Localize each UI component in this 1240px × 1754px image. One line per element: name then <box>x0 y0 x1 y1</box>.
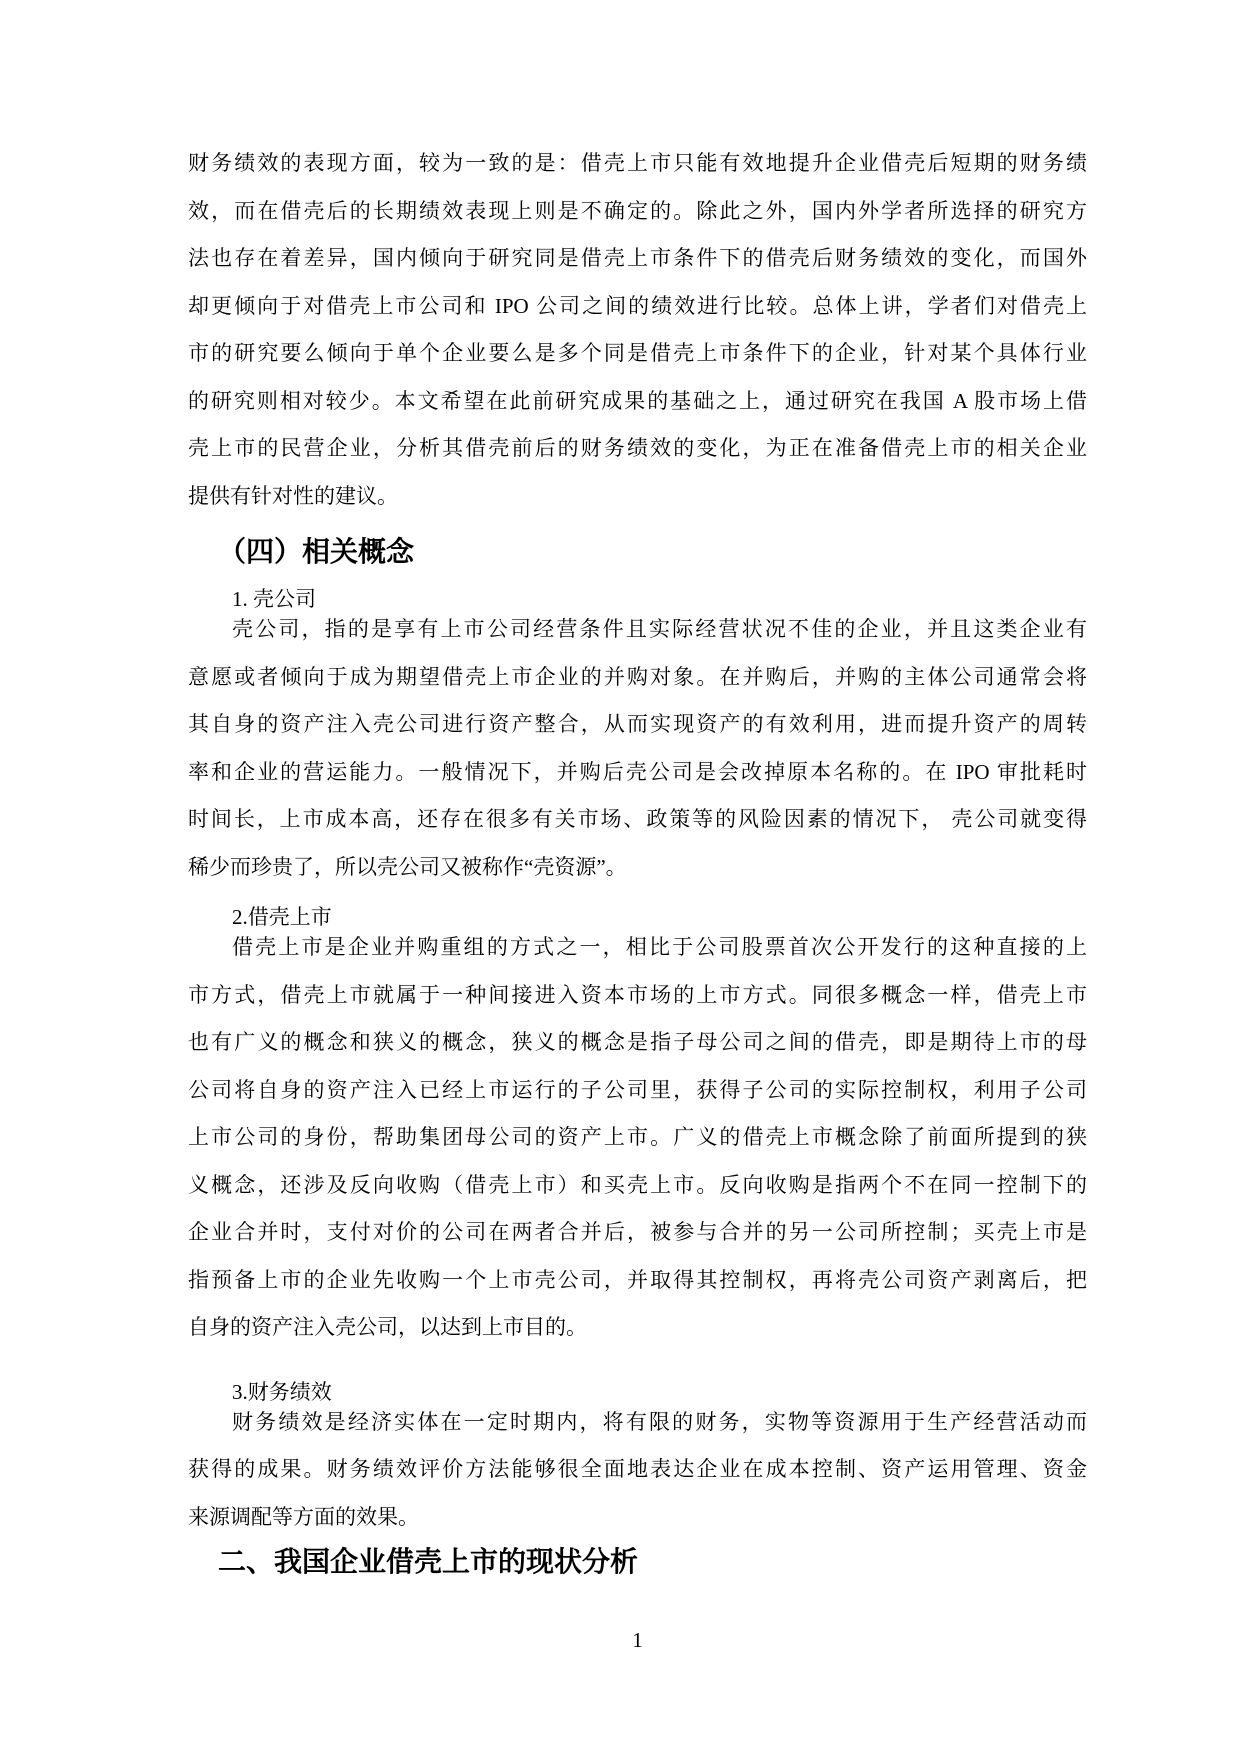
page-number: 1 <box>188 1629 1087 1651</box>
text-line: 提供有针对性的建议。 <box>188 473 1087 521</box>
text-line: 获得的成果。财务绩效评价方法能够很全面地表达企业在成本控制、资产运用管理、资金 <box>188 1446 1087 1494</box>
text-line: 稀少而珍贵了，所以壳公司又被称作“壳资源”。 <box>188 844 1087 892</box>
text-line: 意愿或者倾向于成为期望借壳上市企业的并购对象。在并购后，并购的主体公司通常会将 <box>188 654 1087 702</box>
section-heading-related-concepts: （四）相关概念 <box>218 533 1087 573</box>
text-line: 率和企业的营运能力。一般情况下，并购后壳公司是会改掉原本名称的。在 IPO 审批… <box>188 749 1087 797</box>
section-heading-status-analysis: 二、我国企业借壳上市的现状分析 <box>218 1543 1087 1583</box>
text-line: 也有广义的概念和狭义的概念，狭义的概念是指子母公司之间的借壳，即是期待上市的母 <box>188 1019 1087 1067</box>
text-line: 市的研究要么倾向于单个企业要么是多个同是借壳上市条件下的企业，针对某个具体行业 <box>188 330 1087 378</box>
text-line: 法也存在着差异，国内倾向于研究同是借壳上市条件下的借壳后财务绩效的变化，而国外 <box>188 235 1087 283</box>
concept-item-shell-company: 1. 壳公司 壳公司，指的是享有上市公司经营条件且实际经营状况不佳的企业，并且这… <box>188 589 1087 891</box>
text-line: 财务绩效是经济实体在一定时期内，将有限的财务，实物等资源用于生产经营活动而 <box>188 1399 1087 1447</box>
text-line: 的研究则相对较少。本文希望在此前研究成果的基础之上，通过研究在我国 A 股市场上… <box>188 378 1087 426</box>
text-line: 借壳上市是企业并购重组的方式之一，相比于公司股票首次公开发行的这种直接的上 <box>188 924 1087 972</box>
text-line: 来源调配等方面的效果。 <box>188 1494 1087 1542</box>
intro-paragraph: 财务绩效的表现方面，较为一致的是：借壳上市只能有效地提升企业借壳后短期的财务绩效… <box>188 140 1087 520</box>
text-line: 自身的资产注入壳公司，以达到上市目的。 <box>188 1304 1087 1352</box>
text-line: 市方式，借壳上市就属于一种间接进入资本市场的上市方式。同很多概念一样，借壳上市 <box>188 972 1087 1020</box>
text-line: 壳上市的民营企业，分析其借壳前后的财务绩效的变化，为正在准备借壳上市的相关企业 <box>188 425 1087 473</box>
paragraph-financial-performance: 财务绩效是经济实体在一定时期内，将有限的财务，实物等资源用于生产经营活动而获得的… <box>188 1399 1087 1542</box>
text-line: 其自身的资产注入壳公司进行资产整合，从而实现资产的有效利用，进而提升资产的周转 <box>188 701 1087 749</box>
text-line: 壳公司，指的是享有上市公司经营条件且实际经营状况不佳的企业，并且这类企业有 <box>188 606 1087 654</box>
text-line: 指预备上市的企业先收购一个上市壳公司，并取得其控制权，再将壳公司资产剥离后，把 <box>188 1257 1087 1305</box>
text-line: 财务绩效的表现方面，较为一致的是：借壳上市只能有效地提升企业借壳后短期的财务绩 <box>188 140 1087 188</box>
concept-item-backdoor-listing: 2.借壳上市 借壳上市是企业并购重组的方式之一，相比于公司股票首次公开发行的这种… <box>188 907 1087 1352</box>
text-line: 却更倾向于对借壳上市公司和 IPO 公司之间的绩效进行比较。总体上讲，学者们对借… <box>188 283 1087 331</box>
text-line: 时间长，上市成本高，还存在很多有关市场、政策等的风险因素的情况下， 壳公司就变得 <box>188 796 1087 844</box>
text-line: 上市公司的身份，帮助集团母公司的资产上市。广义的借壳上市概念除了前面所提到的狭 <box>188 1114 1087 1162</box>
paragraph-shell-company: 壳公司，指的是享有上市公司经营条件且实际经营状况不佳的企业，并且这类企业有意愿或… <box>188 606 1087 891</box>
text-line: 公司将自身的资产注入已经上市运行的子公司里，获得子公司的实际控制权，利用子公司 <box>188 1067 1087 1115</box>
paragraph-backdoor-listing: 借壳上市是企业并购重组的方式之一，相比于公司股票首次公开发行的这种直接的上市方式… <box>188 924 1087 1352</box>
text-line: 义概念，还涉及反向收购（借壳上市）和买壳上市。反向收购是指两个不在同一控制下的 <box>188 1162 1087 1210</box>
text-line: 企业合并时，支付对价的公司在两者合并后，被参与合并的另一公司所控制；买壳上市是 <box>188 1209 1087 1257</box>
text-line: 效，而在借壳后的长期绩效表现上则是不确定的。除此之外，国内外学者所选择的研究方 <box>188 188 1087 236</box>
document-page: 财务绩效的表现方面，较为一致的是：借壳上市只能有效地提升企业借壳后短期的财务绩效… <box>0 0 1240 1754</box>
concept-item-financial-performance: 3.财务绩效 财务绩效是经济实体在一定时期内，将有限的财务，实物等资源用于生产经… <box>188 1382 1087 1542</box>
